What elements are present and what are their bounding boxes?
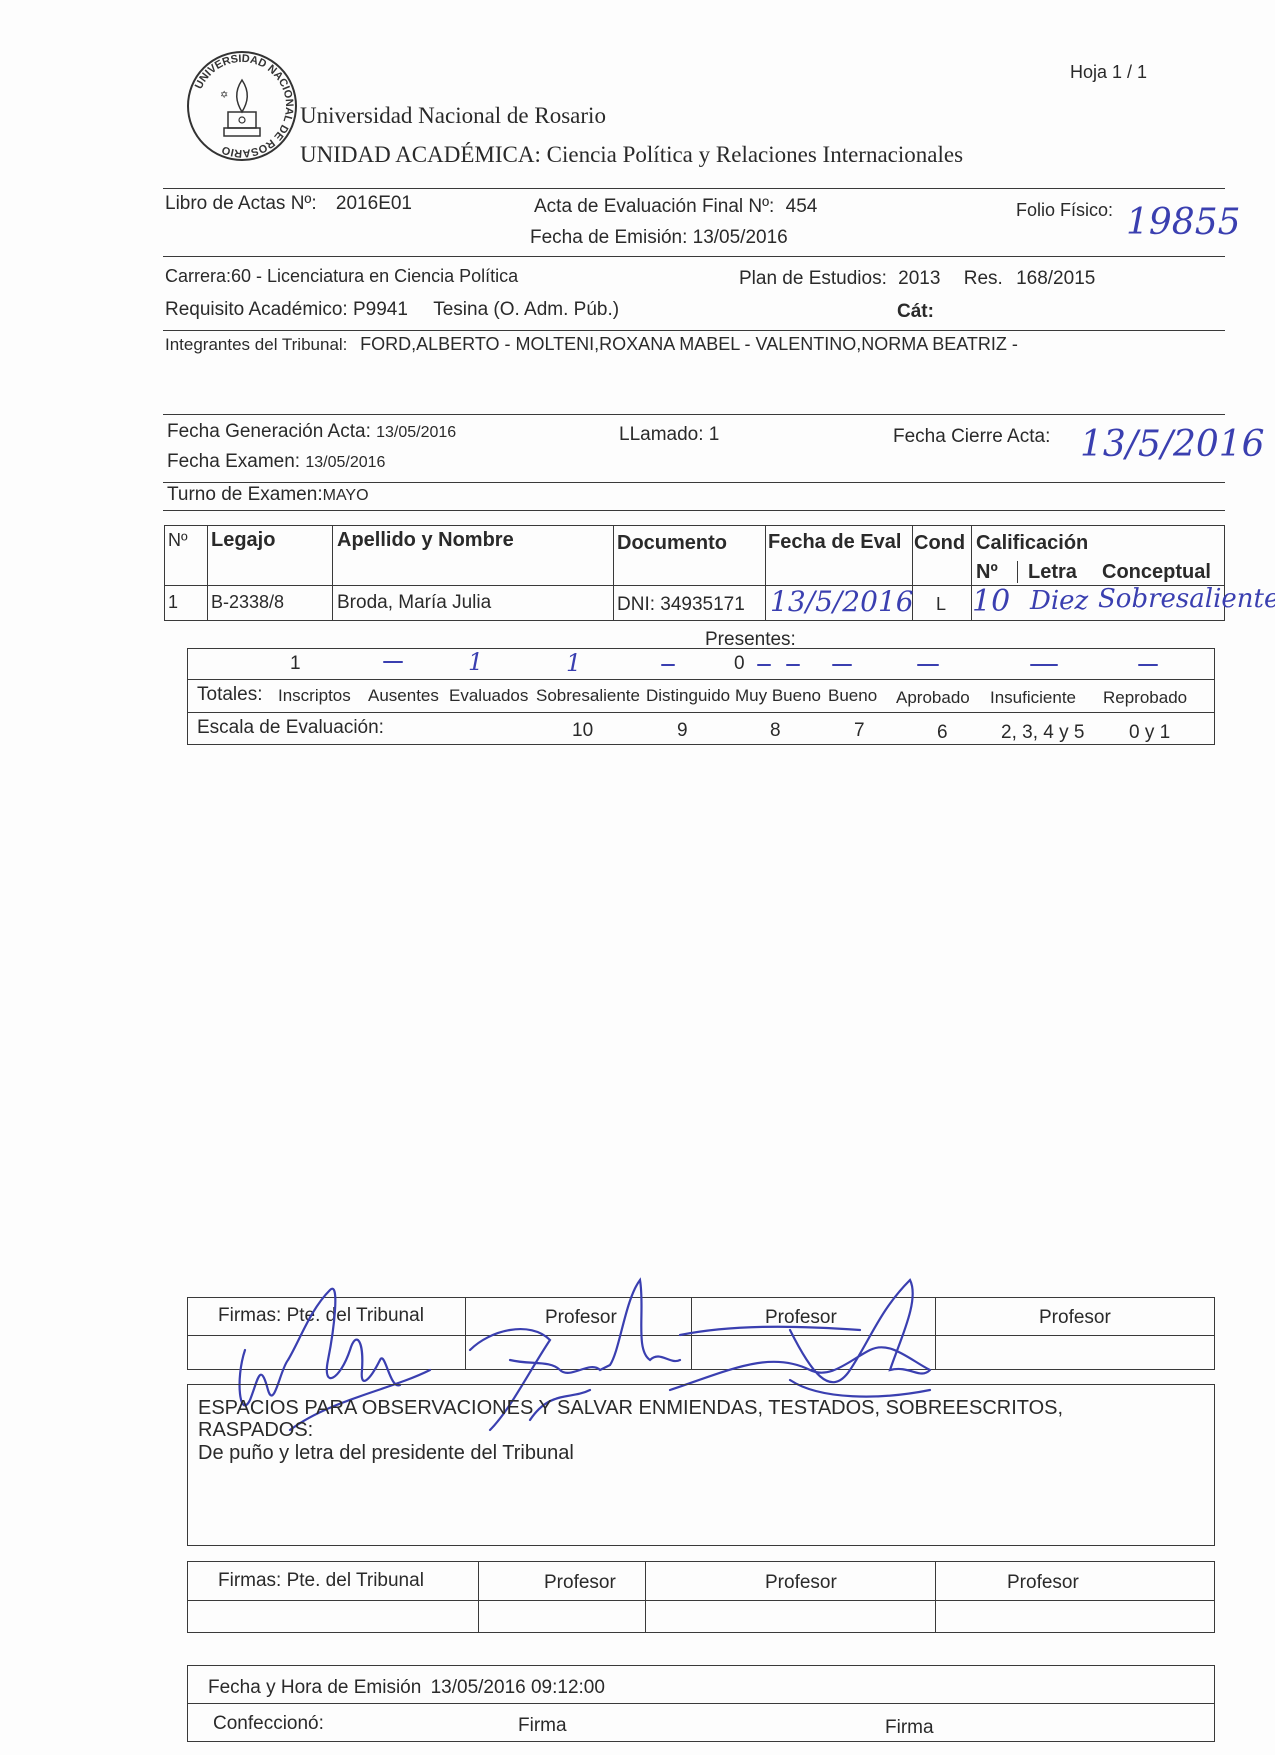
cal-subdivider xyxy=(1017,561,1018,583)
divider xyxy=(163,330,1225,331)
academic-unit-label: UNIDAD ACADÉMICA: xyxy=(300,142,541,167)
header-cond: Cond xyxy=(914,532,965,555)
libro-value: 2016E01 xyxy=(336,193,412,214)
divider xyxy=(163,188,1225,189)
acta-number-value: 454 xyxy=(786,196,818,217)
libro-field: Libro de Actas Nº: 2016E01 xyxy=(165,193,412,215)
col-evaluados: Evaluados xyxy=(449,686,528,706)
divider xyxy=(163,256,1225,257)
turno-field: Turno de Examen:MAYO xyxy=(167,484,369,506)
examen-field: Fecha Examen: 13/05/2016 xyxy=(167,451,385,473)
requisito-label: Requisito Académico: xyxy=(165,299,348,320)
escala-distinguido: 9 xyxy=(677,720,688,742)
totals-divider xyxy=(187,679,1215,680)
university-seal-icon: UNIVERSIDAD NACIONAL DE ROSARIO ✡ xyxy=(186,50,298,162)
header-calificacion: Calificación xyxy=(976,532,1088,555)
llamado-field: LLamado: 1 xyxy=(619,424,719,446)
footer-emision-value: 13/05/2016 09:12:00 xyxy=(431,1677,605,1698)
col-sobresaliente: Sobresaliente xyxy=(536,686,640,706)
row-fecha-handwritten: 13/5/2016 xyxy=(770,585,914,618)
row-cal-conceptual-handwritten: Sobresaliente xyxy=(1098,584,1275,614)
col-divider xyxy=(332,525,333,621)
sig-label-profesor: Profesor xyxy=(1007,1572,1079,1594)
emision-value: 13/05/2016 xyxy=(693,227,788,248)
university-name: Universidad Nacional de Rosario xyxy=(300,103,606,129)
escala-muy-bueno: 8 xyxy=(770,720,781,742)
totales-label: Totales: xyxy=(197,684,262,706)
firma-label: Firma xyxy=(518,1715,567,1737)
row-cal-no-handwritten: 10 xyxy=(972,584,1010,619)
divider xyxy=(163,510,1225,511)
col-ausentes: Ausentes xyxy=(368,686,439,706)
row-no: 1 xyxy=(168,592,178,613)
footer-divider xyxy=(187,1703,1215,1704)
footer-emision-label: Fecha y Hora de Emisión xyxy=(208,1677,421,1698)
value-ausentes-dash xyxy=(383,661,403,663)
value-dash xyxy=(917,664,939,666)
row-cal-letra-handwritten: Diez xyxy=(1030,586,1088,616)
escala-sobresaliente: 10 xyxy=(572,720,593,742)
escala-reprobado: 0 y 1 xyxy=(1129,722,1170,744)
escala-insuficiente: 2, 3, 4 y 5 xyxy=(1001,722,1084,744)
generacion-label: Fecha Generación Acta: xyxy=(167,421,371,442)
col-divider xyxy=(935,1561,936,1633)
tribunal-label: Integrantes del Tribunal: xyxy=(165,335,347,354)
col-reprobado: Reprobado xyxy=(1103,688,1187,708)
plan-label: Plan de Estudios: xyxy=(739,268,887,289)
llamado-value: 1 xyxy=(709,424,720,445)
folio-value-handwritten: 19855 xyxy=(1126,202,1241,243)
col-inscriptos: Inscriptos xyxy=(278,686,351,706)
folio-label: Folio Físico: xyxy=(1016,200,1113,221)
svg-text:✡: ✡ xyxy=(220,90,228,101)
cierre-label: Fecha Cierre Acta: xyxy=(893,426,1050,448)
res-label: Res. xyxy=(964,268,1003,289)
value-evaluados: 1 xyxy=(468,648,483,676)
generacion-value: 13/05/2016 xyxy=(376,424,456,441)
firma-label: Firma xyxy=(885,1717,934,1739)
totals-divider xyxy=(187,712,1215,713)
col-divider xyxy=(765,525,766,621)
col-divider xyxy=(478,1561,479,1633)
header-documento: Documento xyxy=(617,532,727,555)
col-bueno: Bueno xyxy=(828,686,877,706)
col-distinguido: Distinguido xyxy=(646,686,730,706)
emision-field: Fecha de Emisión: 13/05/2016 xyxy=(530,227,788,249)
turno-value: MAYO xyxy=(323,487,369,504)
value-muy-bueno: 0 xyxy=(734,653,745,675)
row-legajo: B-2338/8 xyxy=(211,592,284,613)
value-inscriptos: 1 xyxy=(290,653,301,675)
page-indicator: Hoja 1 / 1 xyxy=(1070,62,1147,83)
value-dash xyxy=(1030,664,1058,666)
confecciono-label: Confeccionó: xyxy=(213,1713,324,1735)
acta-number-label: Acta de Evaluación Final Nº: xyxy=(534,196,774,217)
signatures-divider xyxy=(187,1600,1215,1601)
col-insuficiente: Insuficiente xyxy=(990,688,1076,708)
sig-label-profesor: Profesor xyxy=(1039,1307,1111,1329)
escala-aprobado: 6 xyxy=(937,722,948,744)
plan-value: 2013 xyxy=(898,268,940,289)
col-divider xyxy=(645,1561,646,1633)
header-nombre: Apellido y Nombre xyxy=(337,529,514,552)
sig-label-profesor: Profesor xyxy=(544,1572,616,1594)
value-sobresaliente: 1 xyxy=(566,649,581,677)
materia: Tesina (O. Adm. Púb.) xyxy=(433,299,619,320)
header-cal-conceptual: Conceptual xyxy=(1102,561,1211,584)
cat-label: Cát: xyxy=(897,301,934,323)
cierre-value-handwritten: 13/5/2016 xyxy=(1080,424,1265,465)
col-muy-bueno: Muy Bueno xyxy=(735,686,821,706)
acta-number-field: Acta de Evaluación Final Nº: 454 xyxy=(534,196,817,218)
escala-bueno: 7 xyxy=(854,720,865,742)
header-cal-no: Nº xyxy=(976,561,998,584)
header-cal-letra: Letra xyxy=(1028,561,1077,584)
tribunal-value: FORD,ALBERTO - MOLTENI,ROXANA MABEL - VA… xyxy=(360,334,1018,354)
requisito-field: Requisito Académico: P9941 Tesina (O. Ad… xyxy=(165,299,619,321)
value-dash xyxy=(1138,664,1158,666)
emision-datetime: Fecha y Hora de Emisión 13/05/2016 09:12… xyxy=(208,1677,605,1699)
header-no: Nº xyxy=(168,530,188,551)
sig-label-profesor: Profesor xyxy=(765,1572,837,1594)
col-aprobado: Aprobado xyxy=(896,688,970,708)
observaciones-title: ESPACIOS PARA OBSERVACIONES Y SALVAR ENM… xyxy=(198,1397,1063,1420)
examen-value: 13/05/2016 xyxy=(305,454,385,471)
llamado-label: LLamado: xyxy=(619,424,704,445)
value-distinguido-dash xyxy=(661,664,675,666)
header-fecha-eval: Fecha de Eval xyxy=(768,531,901,554)
observaciones-text: De puño y letra del presidente del Tribu… xyxy=(198,1442,574,1465)
requisito-value: P9941 xyxy=(353,299,408,320)
plan-field: Plan de Estudios: 2013 Res. 168/2015 xyxy=(739,268,1095,290)
row-documento: DNI: 34935171 xyxy=(617,594,745,616)
sig-label-presidente: Firmas: Pte. del Tribunal xyxy=(218,1570,424,1592)
row-nombre: Broda, María Julia xyxy=(337,592,491,614)
academic-unit: UNIDAD ACADÉMICA: Ciencia Política y Rel… xyxy=(300,142,963,168)
row-cond: L xyxy=(936,594,946,615)
emision-label: Fecha de Emisión: xyxy=(530,227,687,248)
escala-label: Escala de Evaluación: xyxy=(197,717,384,739)
carrera: Carrera:60 - Licenciatura en Ciencia Pol… xyxy=(165,266,518,287)
divider xyxy=(163,482,1225,483)
divider xyxy=(163,414,1225,415)
tribunal-field: Integrantes del Tribunal: FORD,ALBERTO -… xyxy=(165,334,1018,355)
turno-label: Turno de Examen: xyxy=(167,484,323,505)
value-dash xyxy=(786,664,800,666)
value-dash xyxy=(757,664,771,666)
res-value: 168/2015 xyxy=(1016,268,1095,289)
libro-label: Libro de Actas Nº: xyxy=(165,193,317,214)
value-dash xyxy=(832,664,852,666)
col-divider xyxy=(207,525,208,621)
col-divider xyxy=(613,525,614,621)
header-legajo: Legajo xyxy=(211,529,275,552)
examen-label: Fecha Examen: xyxy=(167,451,300,472)
observaciones-title-2: RASPADOS: xyxy=(198,1419,313,1442)
academic-unit-name: Ciencia Política y Relaciones Internacio… xyxy=(547,142,963,167)
generacion-field: Fecha Generación Acta: 13/05/2016 xyxy=(167,421,456,443)
